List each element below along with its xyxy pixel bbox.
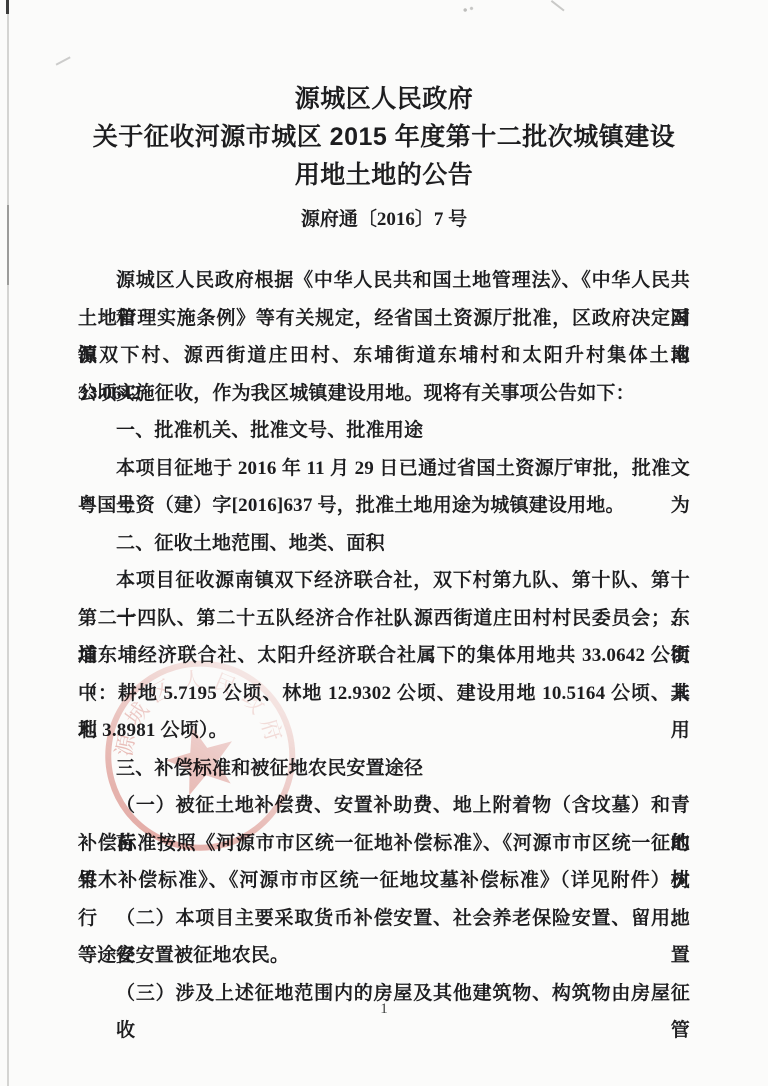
document-line: 土地管理实施条例》等有关规定，经省国土资源厅批准，区政府决定对源南 [78, 300, 690, 338]
document-line: 补偿标准按照《河源市市区统一征地补偿标准》、《河源市市区统一征地果树 [78, 825, 690, 863]
document-title: 源城区人民政府 关于征收河源市城区 2015 年度第十二批次城镇建设 用地土地的… [78, 80, 690, 194]
document-line: 三、补偿标准和被征地农民安置途径 [78, 750, 690, 788]
document-line: 本项目征收源南镇双下经济联合社，双下村第九队、第十队、第十一队、 [78, 562, 690, 600]
document-line: 源城区人民政府根据《中华人民共和国土地管理法》、《中华人民共和国 [78, 262, 690, 300]
document-body: 源城区人民政府根据《中华人民共和国土地管理法》、《中华人民共和国土地管理实施条例… [78, 262, 690, 1012]
document-line: 粤国土资（建）字[2016]637 号，批准土地用途为城镇建设用地。 [78, 487, 690, 525]
document-line: 公顷实施征收，作为我区城镇建设用地。现将有关事项公告如下： [78, 375, 690, 413]
document-line: （二）本项目主要采取货币补偿安置、社会养老保险安置、留用地安置 [78, 900, 690, 938]
scan-edge-mark [7, 205, 9, 285]
title-line-3: 用地土地的公告 [78, 156, 690, 194]
document-number: 源府通〔2016〕7 号 [78, 204, 690, 236]
scan-scratch [551, 0, 565, 11]
document-line: 第二十四队、第二十五队经济合作社；源西街道庄田村村民委员会；东埔街 [78, 600, 690, 638]
scan-edge-mark [6, 0, 9, 14]
document-line: 一、批准机关、批准文号、批准用途 [78, 412, 690, 450]
document-line: 道东埔经济联合社、太阳升经济联合社属下的集体用地共 33.0642 公顷（其 [78, 637, 690, 675]
scan-scratch [56, 56, 71, 65]
scan-edge-line [7, 0, 9, 1086]
document-line: 二、征收土地范围、地类、面积 [78, 525, 690, 563]
page-number: 1 [0, 999, 768, 1019]
scan-speckle [461, 6, 475, 14]
scanned-document-page: 源城区人民政府 关于征收河源市城区 2015 年度第十二批次城镇建设 用地土地的… [0, 0, 768, 1086]
document-line: （一）被征土地补偿费、安置补助费、地上附着物（含坟墓）和青苗的 [78, 787, 690, 825]
document-line: 竹木补偿标准》、《河源市市区统一征地坟墓补偿标准》（详见附件）执行。 [78, 862, 690, 900]
title-line-2: 关于征收河源市城区 2015 年度第十二批次城镇建设 [78, 118, 690, 156]
document-line: 中：耕地 5.7195 公顷、林地 12.9302 公顷、建设用地 10.516… [78, 675, 690, 713]
title-line-1: 源城区人民政府 [78, 80, 690, 118]
document-line: 本项目征地于 2016 年 11 月 29 日已通过省国土资源厅审批，批准文号为 [78, 450, 690, 488]
document-line: 镇双下村、源西街道庄田村、东埔街道东埔村和太阳升村集体土地 33.0642 [78, 337, 690, 375]
